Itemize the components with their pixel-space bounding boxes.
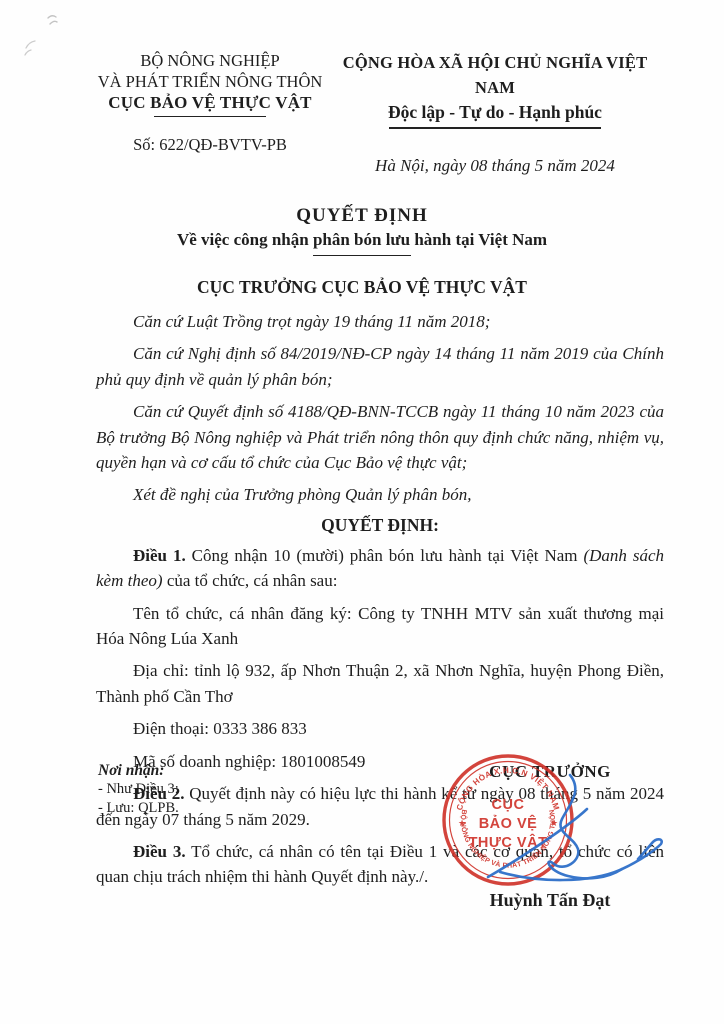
recipients-block: Nơi nhận: - Như Điều 3; - Lưu: QLPB. bbox=[98, 762, 179, 818]
registrant-name-line: Tên tổ chức, cá nhân đăng ký: Công ty TN… bbox=[96, 601, 664, 652]
pencil-mark bbox=[18, 8, 78, 68]
preamble-paragraph: Xét đề nghị của Trưởng phòng Quản lý phâ… bbox=[96, 482, 664, 507]
document-type-heading: QUYẾT ĐỊNH bbox=[0, 205, 724, 227]
preamble-paragraph: Căn cứ Quyết định số 4188/QĐ-BNN-TCCB ng… bbox=[96, 399, 664, 475]
decree-heading: QUYẾT ĐỊNH: bbox=[96, 515, 664, 536]
registrant-address-line: Địa chỉ: tỉnh lộ 932, ấp Nhơn Thuận 2, x… bbox=[96, 658, 664, 709]
recipients-label: Nơi nhận: bbox=[98, 762, 179, 780]
registrant-phone-line: Điện thoại: 0333 386 833 bbox=[96, 716, 664, 741]
signature-cross-stroke bbox=[488, 809, 587, 877]
title-block: QUYẾT ĐỊNH Về việc công nhận phân bón lư… bbox=[0, 205, 724, 256]
preamble-paragraph: Căn cứ Nghị định số 84/2019/NĐ-CP ngày 1… bbox=[96, 341, 664, 392]
national-motto: Độc lập - Tự do - Hạnh phúc bbox=[324, 100, 666, 125]
ministry-name-line1: BỘ NÔNG NGHIỆP bbox=[96, 50, 324, 71]
department-underline bbox=[154, 116, 266, 117]
department-name: CỤC BẢO VỆ THỰC VẬT bbox=[96, 92, 324, 113]
document-page: BỘ NÔNG NGHIỆP VÀ PHÁT TRIỂN NÔNG THÔN C… bbox=[0, 0, 724, 1024]
signer-name: Huỳnh Tấn Đạt bbox=[455, 890, 645, 911]
issuing-authority: CỤC TRƯỞNG CỤC BẢO VỆ THỰC VẬT bbox=[0, 277, 724, 298]
recipients-item: - Lưu: QLPB. bbox=[98, 799, 179, 818]
signature-tail-stroke bbox=[500, 839, 662, 880]
document-subject: Về việc công nhận phân bón lưu hành tại … bbox=[0, 230, 724, 250]
motto-underline bbox=[389, 127, 601, 129]
document-number: Số: 622/QĐ-BVTV-PB bbox=[96, 134, 324, 155]
place-date-line: Hà Nội, ngày 08 tháng 5 năm 2024 bbox=[324, 153, 666, 178]
article-1: Điều 1. Công nhận 10 (mười) phân bón lưu… bbox=[96, 543, 664, 594]
national-heading-block: CỘNG HÒA XÃ HỘI CHỦ NGHĨA VIỆT NAM Độc l… bbox=[324, 50, 666, 178]
article-3-label: Điều 3. bbox=[133, 842, 186, 861]
article-1-text: Công nhận 10 (mười) phân bón lưu hành tạ… bbox=[186, 546, 584, 565]
issuing-agency-block: BỘ NÔNG NGHIỆP VÀ PHÁT TRIỂN NÔNG THÔN C… bbox=[96, 50, 324, 178]
article-1-text-after: của tổ chức, cá nhân sau: bbox=[163, 571, 338, 590]
preamble-paragraph: Căn cứ Luật Trồng trọt ngày 19 tháng 11 … bbox=[96, 309, 664, 334]
subject-underline bbox=[313, 255, 411, 256]
signature-main-stroke bbox=[548, 775, 622, 878]
letterhead: BỘ NÔNG NGHIỆP VÀ PHÁT TRIỂN NÔNG THÔN C… bbox=[96, 0, 666, 178]
handwritten-signature bbox=[450, 765, 680, 887]
recipients-item: - Như Điều 3; bbox=[98, 780, 179, 799]
ministry-name-line2: VÀ PHÁT TRIỂN NÔNG THÔN bbox=[96, 71, 324, 92]
national-title: CỘNG HÒA XÃ HỘI CHỦ NGHĨA VIỆT NAM bbox=[324, 50, 666, 100]
article-1-label: Điều 1. bbox=[133, 546, 186, 565]
